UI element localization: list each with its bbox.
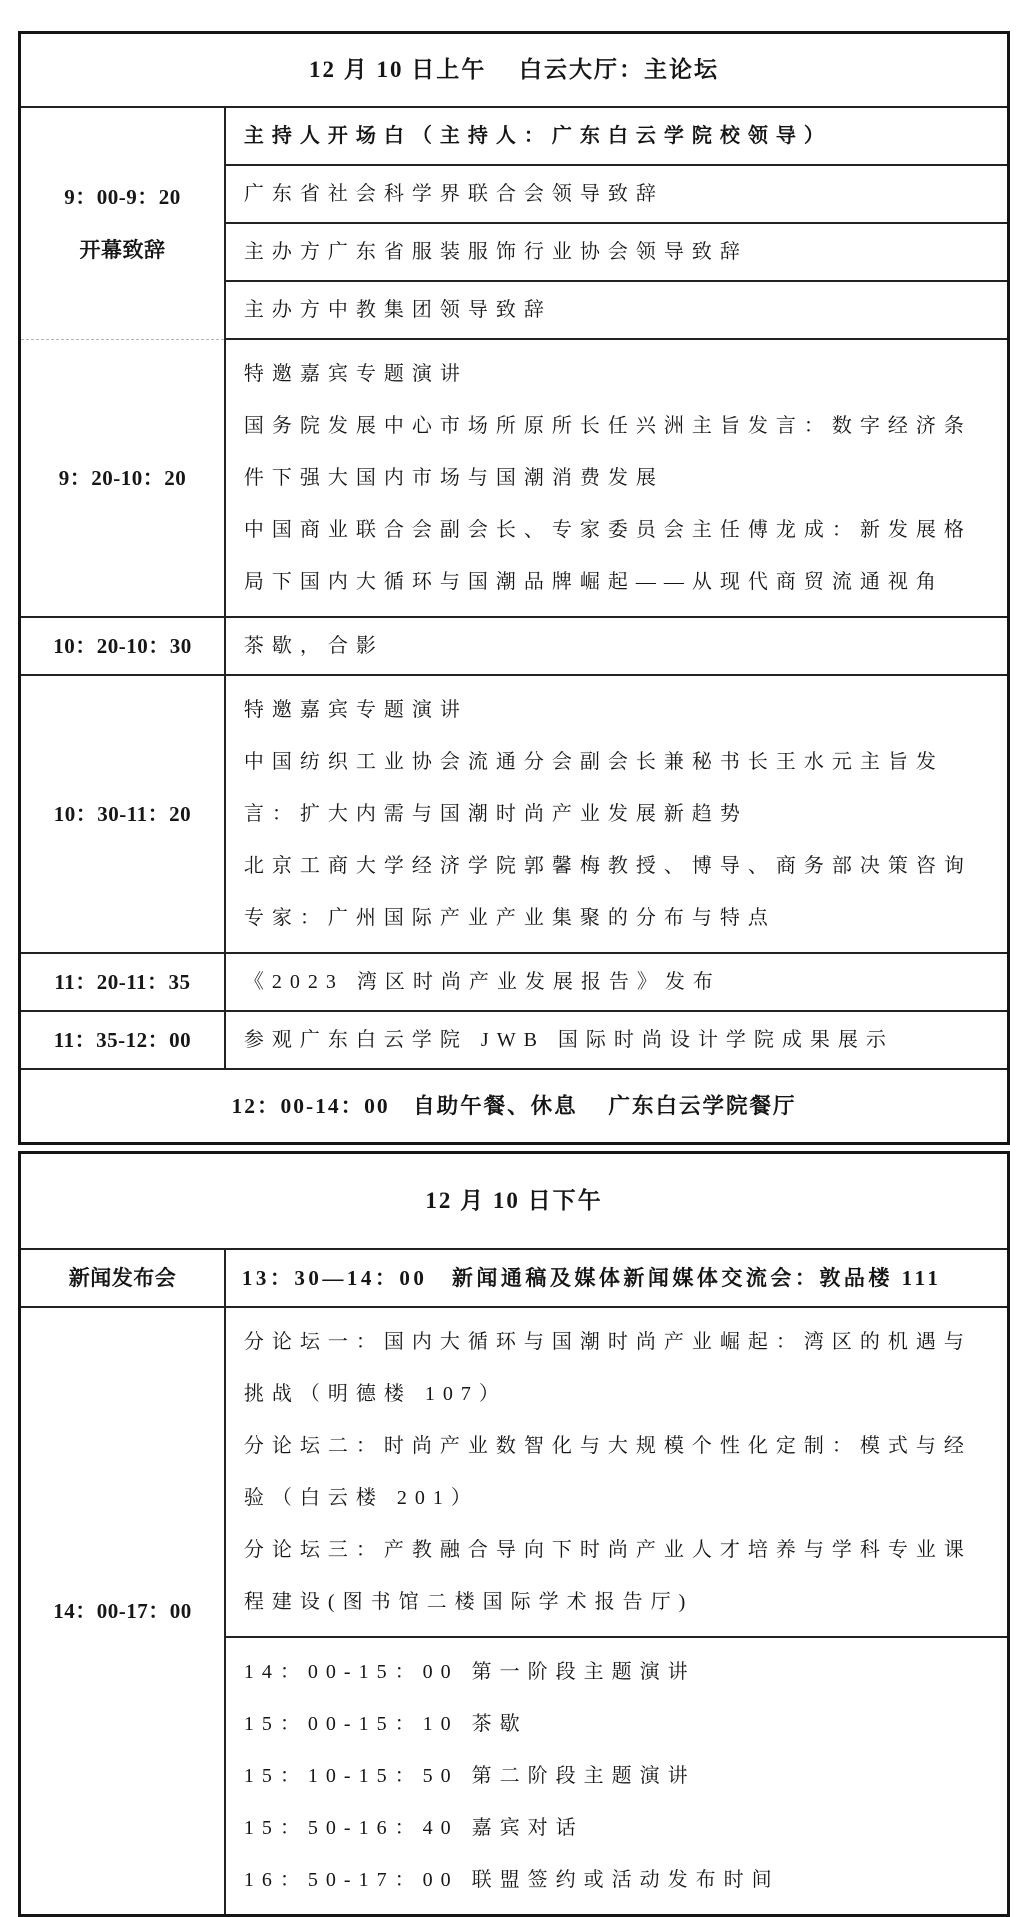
opening-label: 开幕致辞 [21, 236, 224, 264]
schedule-line: 15：10-15：50 第二阶段主题演讲 [244, 1750, 988, 1802]
schedule-line: 15：00-15：10 茶歇 [244, 1698, 988, 1750]
opening-time: 9：00-9：20 [21, 183, 224, 211]
keynote1-time-cell: 9：20-10：20 [20, 339, 225, 617]
visit-content: 参观广东白云学院 JWB 国际时尚设计学院成果展示 [225, 1011, 1009, 1069]
forum-line: 分论坛三：产教融合导向下时尚产业人才培养与学科专业课程建设(图书馆二楼国际学术报… [244, 1524, 988, 1628]
forum-line: 分论坛二：时尚产业数智化与大规模个性化定制：模式与经验（白云楼 201） [244, 1420, 988, 1524]
table-row: 14：00-17：00 分论坛一：国内大循环与国潮时尚产业崛起：湾区的机遇与挑战… [20, 1307, 1009, 1637]
forums-schedule-cell: 14：00-15：00 第一阶段主题演讲 15：00-15：10 茶歇 15：1… [225, 1637, 1009, 1916]
opening-item-speech-3: 主办方中教集团领导致辞 [225, 281, 1009, 339]
table-row: 12：00-14：00 自助午餐、休息 广东白云学院餐厅 [20, 1069, 1009, 1144]
keynote1-line: 国务院发展中心市场所原所长任兴洲主旨发言：数字经济条件下强大国内市场与国潮消费发… [244, 400, 988, 504]
schedule-line: 15：50-16：40 嘉宾对话 [244, 1802, 988, 1854]
opening-item-host: 主持人开场白（主持人：广东白云学院校领导） [225, 107, 1009, 165]
opening-time-cell: 9：00-9：20 开幕致辞 [20, 107, 225, 339]
keynote1-content-cell: 特邀嘉宾专题演讲 国务院发展中心市场所原所长任兴洲主旨发言：数字经济条件下强大国… [225, 339, 1009, 617]
table-row: 9：20-10：20 特邀嘉宾专题演讲 国务院发展中心市场所原所长任兴洲主旨发言… [20, 339, 1009, 617]
table-row: 10：30-11：20 特邀嘉宾专题演讲 中国纺织工业协会流通分会副会长兼秘书长… [20, 675, 1009, 953]
morning-session-title: 12 月 10 日上午 白云大厅：主论坛 [20, 33, 1009, 108]
table-row: 12 月 10 日下午 [20, 1153, 1009, 1250]
keynote1-line: 特邀嘉宾专题演讲 [244, 348, 988, 400]
keynote2-line: 特邀嘉宾专题演讲 [244, 684, 988, 736]
visit-time-cell: 11：35-12：00 [20, 1011, 225, 1069]
keynote2-line: 中国纺织工业协会流通分会副会长兼秘书长王水元主旨发言：扩大内需与国潮时尚产业发展… [244, 736, 988, 840]
table-row: 11：20-11：35 《2023 湾区时尚产业发展报告》发布 [20, 953, 1009, 1011]
forums-time-cell: 14：00-17：00 [20, 1307, 225, 1916]
tea-break-time-cell: 10：20-10：30 [20, 617, 225, 675]
keynote2-time-cell: 10：30-11：20 [20, 675, 225, 953]
keynote1-line: 中国商业联合会副会长、专家委员会主任傅龙成：新发展格局下国内大循环与国潮品牌崛起… [244, 504, 988, 608]
table-row: 新闻发布会 13：30—14：00 新闻通稿及媒体新闻媒体交流会：敦品楼 111 [20, 1249, 1009, 1307]
conference-agenda-document: 12 月 10 日上午 白云大厅：主论坛 9：00-9：20 开幕致辞 主持人开… [0, 0, 1024, 1917]
press-conference-content: 13：30—14：00 新闻通稿及媒体新闻媒体交流会：敦品楼 111 [225, 1249, 1009, 1307]
keynote2-line: 北京工商大学经济学院郭馨梅教授、博导、商务部决策咨询专家：广州国际产业产业集聚的… [244, 840, 988, 944]
keynote2-content-cell: 特邀嘉宾专题演讲 中国纺织工业协会流通分会副会长兼秘书长王水元主旨发言：扩大内需… [225, 675, 1009, 953]
press-conference-label-cell: 新闻发布会 [20, 1249, 225, 1307]
table-row: 12 月 10 日上午 白云大厅：主论坛 [20, 33, 1009, 108]
forum-line: 分论坛一：国内大循环与国潮时尚产业崛起：湾区的机遇与挑战（明德楼 107） [244, 1316, 988, 1420]
schedule-line: 16：50-17：00 联盟签约或活动发布时间 [244, 1854, 988, 1906]
lunch-row: 12：00-14：00 自助午餐、休息 广东白云学院餐厅 [20, 1069, 1009, 1144]
report-content: 《2023 湾区时尚产业发展报告》发布 [225, 953, 1009, 1011]
report-time-cell: 11：20-11：35 [20, 953, 225, 1011]
table-row: 10：20-10：30 茶歇，合影 [20, 617, 1009, 675]
schedule-table-morning: 12 月 10 日上午 白云大厅：主论坛 9：00-9：20 开幕致辞 主持人开… [18, 31, 1010, 1145]
schedule-line: 14：00-15：00 第一阶段主题演讲 [244, 1646, 988, 1698]
schedule-table-afternoon: 12 月 10 日下午 新闻发布会 13：30—14：00 新闻通稿及媒体新闻媒… [18, 1151, 1010, 1917]
tea-break-content: 茶歇，合影 [225, 617, 1009, 675]
afternoon-session-title: 12 月 10 日下午 [20, 1153, 1009, 1250]
opening-item-speech-2: 主办方广东省服装服饰行业协会领导致辞 [225, 223, 1009, 281]
table-row: 11：35-12：00 参观广东白云学院 JWB 国际时尚设计学院成果展示 [20, 1011, 1009, 1069]
forums-content-cell: 分论坛一：国内大循环与国潮时尚产业崛起：湾区的机遇与挑战（明德楼 107） 分论… [225, 1307, 1009, 1637]
table-row: 9：00-9：20 开幕致辞 主持人开场白（主持人：广东白云学院校领导） [20, 107, 1009, 165]
opening-item-speech-1: 广东省社会科学界联合会领导致辞 [225, 165, 1009, 223]
